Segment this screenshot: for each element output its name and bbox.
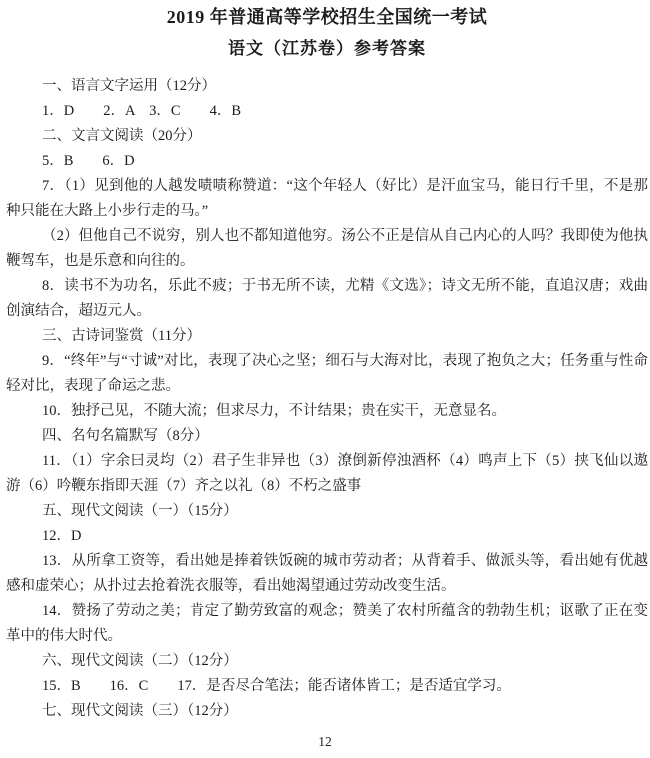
document-subtitle: 语文（江苏卷）参考答案 [6,36,648,62]
section-heading: 三、古诗词鉴赏（11分） [6,324,648,349]
document-body: 2019 年普通高等学校招生全国统一考试 语文（江苏卷）参考答案 一、语言文字运… [0,0,650,724]
answer-line: 10．独抒己见，不随大流；但求尽力，不计结果；贵在实干，无意显名。 [6,399,648,424]
section-heading: 七、现代文阅读（三）（12分） [6,699,648,724]
answer-line: 5．B 6．D [6,149,648,174]
page-number: 12 [0,734,650,750]
answer-line: 14．赞扬了劳动之美；肯定了勤劳致富的观念；赞美了农村所蕴含的勃勃生机；讴歌了正… [6,599,648,649]
answer-line: 13．从所拿工资等，看出她是捧着铁饭碗的城市劳动者；从背着手、做派头等，看出她有… [6,549,648,599]
answer-content: 一、语言文字运用（12分） 1．D 2．A 3．C 4．B 二、文言文阅读（20… [6,74,648,724]
answer-line: 8．读书不为功名，乐此不疲；于书无所不读，尤精《文选》；诗文无所不能，直追汉唐；… [6,274,648,324]
answer-line: 1．D 2．A 3．C 4．B [6,99,648,124]
section-heading: 二、文言文阅读（20分） [6,124,648,149]
section-heading: 六、现代文阅读（二）（12分） [6,649,648,674]
answer-line: 15．B 16．C 17．是否尽合笔法；能否诸体皆工；是否适宜学习。 [6,674,648,699]
answer-line: 11．（1）字余曰灵均（2）君子生非异也（3）潦倒新停浊酒杯（4）鸣声上下（5）… [6,449,648,499]
answer-line: （2）但他自己不说穷，别人也不都知道他穷。汤公不正是信从自己内心的人吗？我即使为… [6,224,648,274]
document-page: { "page": { "title": "2019 年普通高等学校招生全国统一… [0,0,650,758]
answer-line: 12．D [6,524,648,549]
answer-line: 9．“终年”与“寸诚”对比，表现了决心之坚；细石与大海对比，表现了抱负之大；任务… [6,349,648,399]
section-heading: 四、名句名篇默写（8分） [6,424,648,449]
section-heading: 五、现代文阅读（一）（15分） [6,499,648,524]
section-heading: 一、语言文字运用（12分） [6,74,648,99]
answer-line: 7．（1）见到他的人越发啧啧称赞道：“这个年轻人（好比）是汗血宝马，能日行千里，… [6,174,648,224]
document-title: 2019 年普通高等学校招生全国统一考试 [6,4,648,30]
